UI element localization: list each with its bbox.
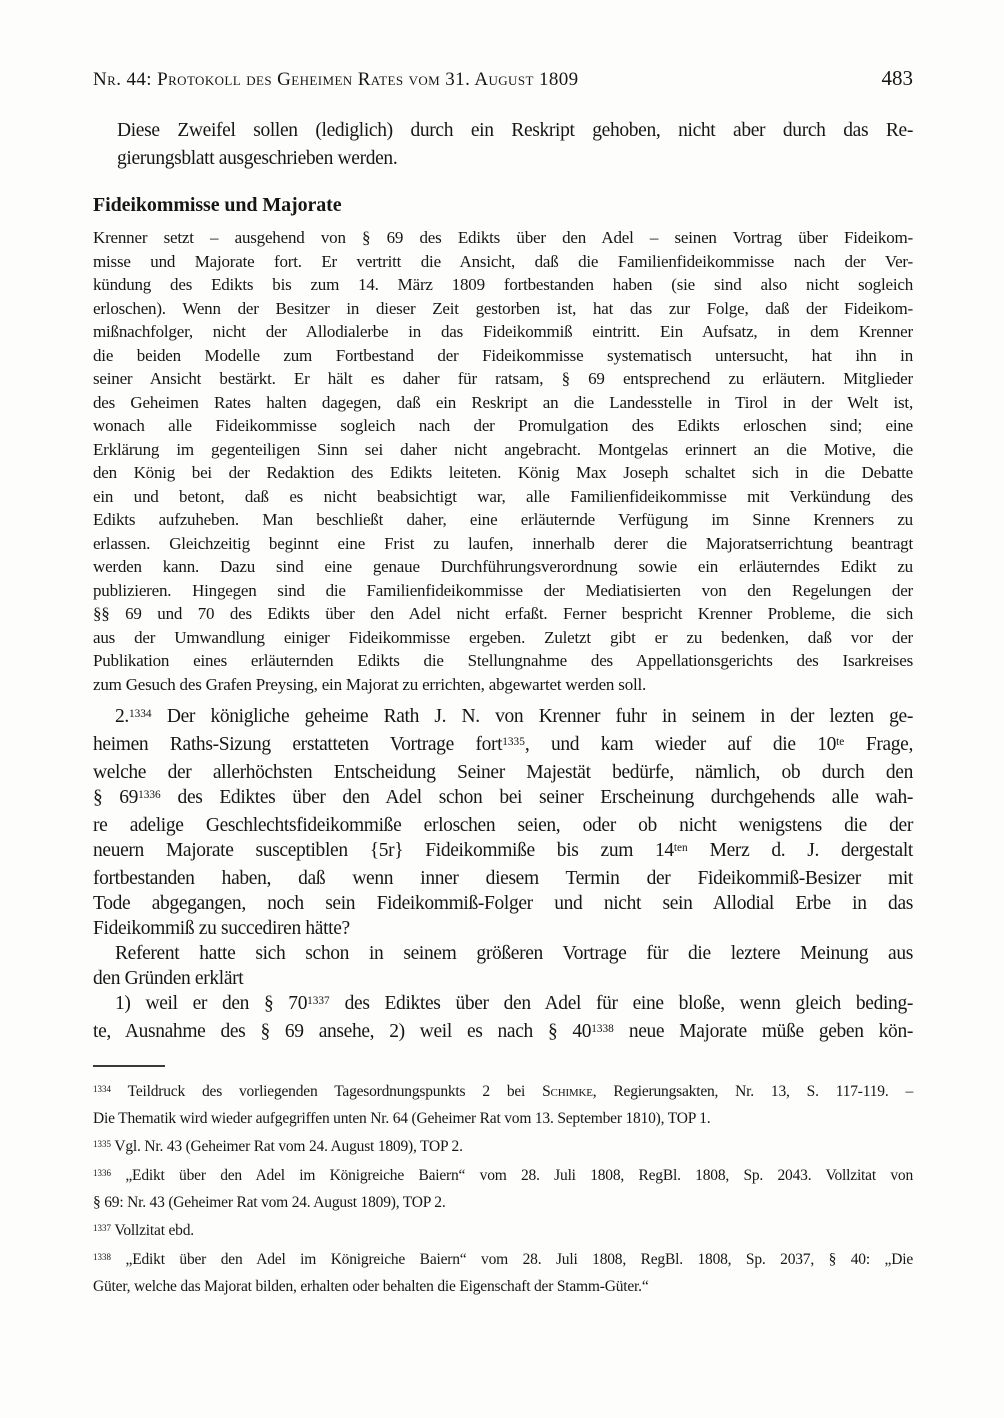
footnote: 1337 Vollzitat ebd. <box>93 1218 913 1245</box>
text-line: ein und betont, daß es nicht beabsichtig… <box>93 485 913 509</box>
text-line: fortbestanden haben, daß wenn inner dies… <box>93 866 913 891</box>
text-line: welche der allerhöchsten Entscheidung Se… <box>93 760 913 785</box>
text-run: publizieren. Hingegen sind die Familienf… <box>93 581 913 600</box>
text-run: Die Thematik wird wieder aufgegriffen un… <box>93 1110 710 1127</box>
text-line: § 691336 des Ediktes über den Adel schon… <box>93 785 913 813</box>
text-line: 1) weil er den § 701337 des Ediktes über… <box>93 991 913 1019</box>
text-line: Fideikommiß zu succediren hätte? <box>93 916 913 941</box>
footnote: 1334 Teildruck des vorliegenden Tagesord… <box>93 1079 913 1132</box>
text-line: Diese Zweifel sollen (lediglich) durch e… <box>117 117 913 145</box>
text-run: misse und Majorate fort. Er vertritt die… <box>93 252 913 271</box>
text-run: „Edikt über den Adel im Königreiche Baie… <box>111 1251 913 1268</box>
text-run: mißnachfolger, nicht der Allodialerbe in… <box>93 322 913 341</box>
text-run: fortbestanden haben, daß wenn inner dies… <box>93 868 913 889</box>
text-line: aus der Umwandlung einiger Fideikommisse… <box>93 626 913 650</box>
text-line: re adelige Geschlechtsfideikommiße erlos… <box>93 813 913 838</box>
section-heading: Fideikommisse und Majorate <box>93 194 913 217</box>
page-number: 483 <box>882 66 914 91</box>
text-run: 2. <box>115 706 129 727</box>
text-line: Referent hatte sich schon in seinem größ… <box>93 941 913 966</box>
text-line: Güter, welche das Majorat bilden, erhalt… <box>93 1274 913 1300</box>
source-paragraph: Referent hatte sich schon in seinem größ… <box>93 941 913 991</box>
footnote-separator <box>93 1065 165 1067</box>
text-run: heimen Raths-Sizung erstatteten Vortrage… <box>93 734 502 755</box>
text-run: Frage, <box>844 734 913 755</box>
footnote: 1336 „Edikt über den Adel im Königreiche… <box>93 1163 913 1216</box>
text-line: gierungsblatt ausgeschrieben werden. <box>117 145 913 173</box>
text-line: erloschen). Wenn der Besitzer in dieser … <box>93 297 913 321</box>
opening-source-quote: Diese Zweifel sollen (lediglich) durch e… <box>117 117 913 173</box>
text-line: neuern Majorate susceptiblen {5r} Fideik… <box>93 838 913 866</box>
text-run: erlassen. Gleichzeitig beginnt eine Fris… <box>93 534 913 553</box>
text-line: die beiden Modelle zum Fortbestand der F… <box>93 344 913 368</box>
text-run: Der königliche geheime Rath J. N. von Kr… <box>152 706 913 727</box>
text-run: Güter, welche das Majorat bilden, erhalt… <box>93 1278 649 1295</box>
text-run: Referent hatte sich schon in seinem größ… <box>115 943 913 964</box>
text-line: werden kann. Dazu sind eine genaue Durch… <box>93 555 913 579</box>
text-line: wonach alle Fideikommisse sogleich nach … <box>93 414 913 438</box>
text-run: re adelige Geschlechtsfideikommiße erlos… <box>93 815 913 836</box>
text-run: den König bei der Redaktion des Edikts l… <box>93 463 913 482</box>
source-paragraph: 2.1334 Der königliche geheime Rath J. N.… <box>93 704 913 941</box>
text-line: den Gründen erklärt <box>93 966 913 991</box>
footnote-ref: te <box>836 736 844 748</box>
text-line: Krenner setzt – ausgehend von § 69 des E… <box>93 226 913 250</box>
book-page: Nr. 44: Protokoll des Geheimen Rates vom… <box>0 0 1004 1418</box>
text-line: 1334 Teildruck des vorliegenden Tagesord… <box>93 1079 913 1106</box>
source-paragraph: 1) weil er den § 701337 des Ediktes über… <box>93 991 913 1047</box>
text-run: 1) weil er den § 70 <box>115 993 307 1014</box>
text-line: Tode abgegangen, noch sein Fideikommiß-F… <box>93 891 913 916</box>
text-run: des Geheimen Rates halten dagegen, daß e… <box>93 393 913 412</box>
text-run: neue Majorate müße geben kön- <box>614 1021 913 1042</box>
footnote-ref: 1335 <box>93 1139 111 1149</box>
text-line: te, Ausnahme des § 69 ansehe, 2) weil es… <box>93 1019 913 1047</box>
text-line: 1335 Vgl. Nr. 43 (Geheimer Rat vom 24. A… <box>93 1134 913 1161</box>
footnote-ref: 1338 <box>591 1023 614 1035</box>
text-run: die beiden Modelle zum Fortbestand der F… <box>93 346 913 365</box>
text-line: 2.1334 Der königliche geheime Rath J. N.… <box>93 704 913 732</box>
text-run: Vgl. Nr. 43 (Geheimer Rat vom 24. August… <box>111 1138 463 1155</box>
text-run: des Ediktes über den Adel schon bei sein… <box>161 787 913 808</box>
text-run: kündung des Edikts bis zum 14. März 1809… <box>93 275 913 294</box>
text-line: Publikation eines erläuternden Edikts di… <box>93 649 913 673</box>
text-line: § 69: Nr. 43 (Geheimer Rat vom 24. Augus… <box>93 1190 913 1216</box>
text-line: den König bei der Redaktion des Edikts l… <box>93 461 913 485</box>
text-line: Erklärung im gegenteiligen Sinn sei dahe… <box>93 438 913 462</box>
text-line: 1337 Vollzitat ebd. <box>93 1218 913 1245</box>
footnote: 1335 Vgl. Nr. 43 (Geheimer Rat vom 24. A… <box>93 1134 913 1161</box>
text-run: , und kam wieder auf die 10 <box>525 734 836 755</box>
running-header-title: Nr. 44: Protokoll des Geheimen Rates vom… <box>93 69 579 91</box>
text-run: wonach alle Fideikommisse sogleich nach … <box>93 416 913 435</box>
text-run: Edikts aufzuheben. Man beschließt daher,… <box>93 510 913 529</box>
footnote-ref: 1336 <box>93 1168 111 1178</box>
text-line: mißnachfolger, nicht der Allodialerbe in… <box>93 320 913 344</box>
text-line: seiner Ansicht bestärkt. Er hält es dahe… <box>93 367 913 391</box>
text-run: Diese Zweifel sollen (lediglich) durch e… <box>117 120 913 141</box>
text-run: Erklärung im gegenteiligen Sinn sei dahe… <box>93 440 913 459</box>
text-run: seiner Ansicht bestärkt. Er hält es dahe… <box>93 369 913 388</box>
text-run: erloschen). Wenn der Besitzer in dieser … <box>93 299 913 318</box>
editorial-summary: Krenner setzt – ausgehend von § 69 des E… <box>93 226 913 696</box>
footnote-ref: 1334 <box>93 1084 111 1094</box>
footnote-ref: 1336 <box>138 789 161 801</box>
footnote-ref: ten <box>674 842 688 854</box>
text-run: §§ 69 und 70 des Edikts über den Adel ni… <box>93 604 913 623</box>
footnote-ref: 1335 <box>502 736 525 748</box>
text-line: heimen Raths-Sizung erstatteten Vortrage… <box>93 732 913 760</box>
text-run: § 69 <box>93 787 138 808</box>
footnotes-section: 1334 Teildruck des vorliegenden Tagesord… <box>93 1079 913 1300</box>
text-line: §§ 69 und 70 des Edikts über den Adel ni… <box>93 602 913 626</box>
text-run: neuern Majorate susceptiblen {5r} Fideik… <box>93 840 674 861</box>
text-run: „Edikt über den Adel im Königreiche Baie… <box>111 1167 913 1184</box>
text-line: Edikts aufzuheben. Man beschließt daher,… <box>93 508 913 532</box>
text-line: 1338 „Edikt über den Adel im Königreiche… <box>93 1247 913 1274</box>
text-run: ein und betont, daß es nicht beabsichtig… <box>93 487 913 506</box>
text-run: aus der Umwandlung einiger Fideikommisse… <box>93 628 913 647</box>
text-run: Vollzitat ebd. <box>111 1222 194 1239</box>
text-run: Krenner setzt – ausgehend von § 69 des E… <box>93 228 913 247</box>
text-run: werden kann. Dazu sind eine genaue Durch… <box>93 557 913 576</box>
source-text-section: 2.1334 Der königliche geheime Rath J. N.… <box>93 704 913 1047</box>
text-line: kündung des Edikts bis zum 14. März 1809… <box>93 273 913 297</box>
text-run: zum Gesuch des Grafen Preysing, ein Majo… <box>93 675 646 694</box>
text-run: den Gründen erklärt <box>93 968 243 989</box>
footnote-ref: 1334 <box>129 708 152 720</box>
text-line: 1336 „Edikt über den Adel im Königreiche… <box>93 1163 913 1190</box>
text-run: Fideikommiß zu succediren hätte? <box>93 918 350 939</box>
text-run: § 69: Nr. 43 (Geheimer Rat vom 24. Augus… <box>93 1194 446 1211</box>
text-run: Teildruck des vorliegenden Tagesordnungs… <box>111 1083 542 1100</box>
text-run: Publikation eines erläuternden Edikts di… <box>93 651 913 670</box>
running-header: Nr. 44: Protokoll des Geheimen Rates vom… <box>93 66 913 91</box>
text-run: des Ediktes über den Adel für eine bloße… <box>330 993 913 1014</box>
footnote-ref: 1337 <box>307 995 330 1007</box>
small-caps-name: Schimke <box>542 1083 593 1100</box>
text-run: Merz d. J. dergestalt <box>688 840 913 861</box>
footnote-ref: 1338 <box>93 1252 111 1262</box>
footnote-ref: 1337 <box>93 1223 111 1233</box>
text-run: , Regierungsakten, Nr. 13, S. 117-119. – <box>593 1083 913 1100</box>
text-line: erlassen. Gleichzeitig beginnt eine Fris… <box>93 532 913 556</box>
text-line: zum Gesuch des Grafen Preysing, ein Majo… <box>93 673 913 697</box>
text-line: Die Thematik wird wieder aufgegriffen un… <box>93 1106 913 1132</box>
text-run: te, Ausnahme des § 69 ansehe, 2) weil es… <box>93 1021 591 1042</box>
text-run: Tode abgegangen, noch sein Fideikommiß-F… <box>93 893 913 914</box>
text-line: misse und Majorate fort. Er vertritt die… <box>93 250 913 274</box>
text-run: gierungsblatt ausgeschrieben werden. <box>117 148 397 169</box>
text-line: des Geheimen Rates halten dagegen, daß e… <box>93 391 913 415</box>
text-run: welche der allerhöchsten Entscheidung Se… <box>93 762 913 783</box>
footnote: 1338 „Edikt über den Adel im Königreiche… <box>93 1247 913 1300</box>
text-line: publizieren. Hingegen sind die Familienf… <box>93 579 913 603</box>
